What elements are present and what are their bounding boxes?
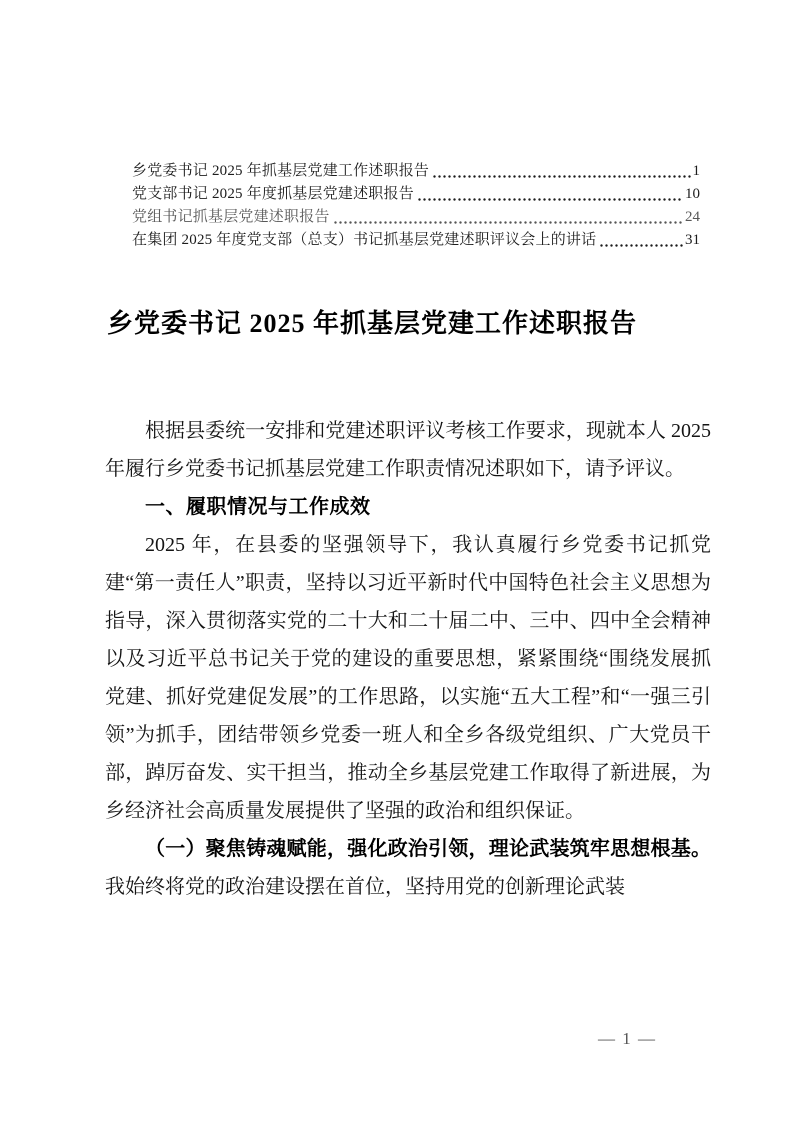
paragraph-intro: 根据县委统一安排和党建述职评议考核工作要求，现就本人 2025 年履行乡党委书记… <box>105 412 711 488</box>
toc-leader-dots <box>599 243 683 248</box>
page-number: — 1 — <box>598 1029 657 1049</box>
subsection-lead: （一）聚焦铸魂赋能，强化政治引领，理论武装筑牢思想根基。 <box>145 838 711 860</box>
toc-entry-title: 在集团 2025 年度党支部（总支）书记抓基层党建述职评议会上的讲话 <box>132 229 596 252</box>
toc-entry[interactable]: 在集团 2025 年度党支部（总支）书记抓基层党建述职评议会上的讲话 31 <box>132 229 700 252</box>
toc-leader-dots <box>432 174 690 179</box>
toc-entry-title: 党组书记抓基层党建述职报告 <box>132 206 330 229</box>
toc-entry[interactable]: 党组书记抓基层党建述职报告 24 <box>132 206 700 229</box>
table-of-contents: 乡党委书记 2025 年抓基层党建工作述职报告 1 党支部书记 2025 年度抓… <box>132 160 700 252</box>
toc-entry-page: 31 <box>685 229 700 252</box>
paragraph-achievements: 2025 年，在县委的坚强领导下，我认真履行乡党委书记抓党建“第一责任人”职责，… <box>105 526 711 830</box>
section-heading: 一、履职情况与工作成效 <box>105 488 711 526</box>
document-page: 乡党委书记 2025 年抓基层党建工作述职报告 1 党支部书记 2025 年度抓… <box>0 0 793 1122</box>
toc-entry-page: 24 <box>685 206 700 229</box>
paragraph-subsection: （一）聚焦铸魂赋能，强化政治引领，理论武装筑牢思想根基。我始终将党的政治建设摆在… <box>105 830 711 906</box>
toc-entry-page: 1 <box>693 160 701 183</box>
toc-leader-dots <box>417 197 683 202</box>
document-title: 乡党委书记 2025 年抓基层党建工作述职报告 <box>107 305 713 343</box>
toc-entry-title: 乡党委书记 2025 年抓基层党建工作述职报告 <box>132 160 429 183</box>
toc-entry[interactable]: 党支部书记 2025 年度抓基层党建述职报告 10 <box>132 183 700 206</box>
toc-leader-dots <box>333 220 683 225</box>
subsection-text: 我始终将党的政治建设摆在首位，坚持用党的创新理论武装 <box>105 876 625 898</box>
toc-entry[interactable]: 乡党委书记 2025 年抓基层党建工作述职报告 1 <box>132 160 700 183</box>
toc-entry-page: 10 <box>685 183 700 206</box>
document-body: 根据县委统一安排和党建述职评议考核工作要求，现就本人 2025 年履行乡党委书记… <box>105 412 711 906</box>
toc-entry-title: 党支部书记 2025 年度抓基层党建述职报告 <box>132 183 414 206</box>
